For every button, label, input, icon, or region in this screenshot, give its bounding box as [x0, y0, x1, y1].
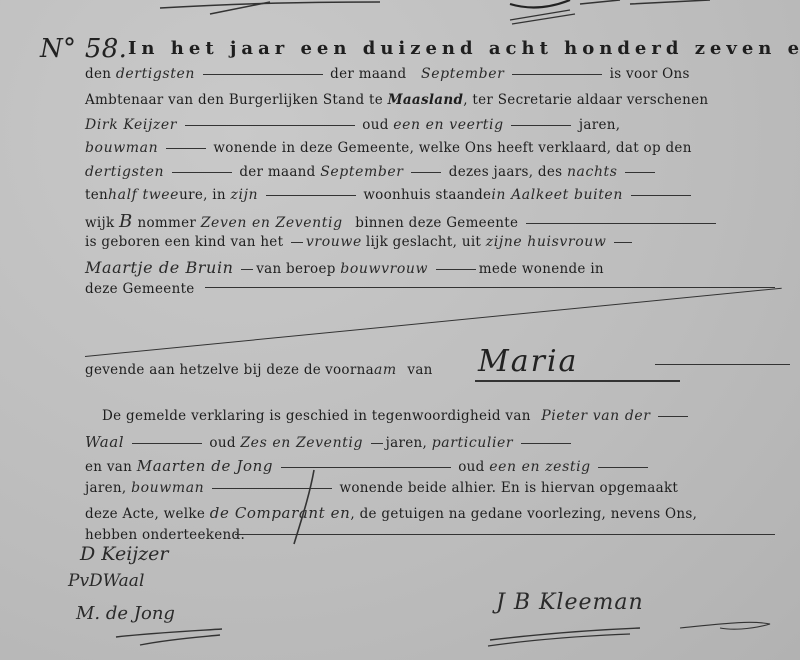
- opening-line: In het jaar een duizend acht honderd zev…: [128, 38, 800, 59]
- text-wonende-beide: wonende beide alhier. En is hiervan opge…: [339, 480, 678, 496]
- text-nommer: nommer: [137, 215, 196, 231]
- name-underline: [475, 380, 680, 382]
- hw-witness2-name: Maarten de Jong: [137, 457, 273, 475]
- scanned-document-page: N° 58. In het jaar een duizend acht hond…: [0, 0, 800, 660]
- hw-comparant: de Comparant en: [210, 504, 351, 522]
- hw-mother-name: Maartje de Bruin: [85, 258, 234, 277]
- text-onderteekend: hebben onderteekend.: [85, 527, 245, 543]
- text-ten: ten: [85, 187, 108, 203]
- text-den: den: [85, 66, 111, 82]
- text-ure-in: ure, in: [179, 187, 226, 203]
- signature-declarant: D Keijzer: [80, 543, 169, 565]
- text-geboren: is geboren een kind van het: [85, 234, 283, 250]
- fill-line-diagonal: [85, 288, 782, 357]
- hw-birth-day: dertigsten: [85, 164, 164, 180]
- hw-witness1-name-a: Pieter van der: [541, 408, 650, 424]
- hw-witness1-occupation: particulier: [432, 435, 514, 451]
- text-binnen-gemeente: binnen deze Gemeente: [355, 215, 518, 231]
- hw-house-location: in Aalkeet buiten: [491, 187, 623, 203]
- text-en-van: en van: [85, 459, 132, 475]
- text-verklaring: De gemelde verklaring is geschied in teg…: [102, 408, 531, 424]
- hw-witness1-name-b: Waal: [85, 433, 124, 451]
- signature-flourish: [110, 625, 230, 655]
- text-der-maand-2: der maand: [239, 164, 315, 180]
- official-signature-flourish: [480, 600, 780, 650]
- text-jaren: jaren,: [579, 117, 620, 133]
- hw-declarant-name: Dirk Keijzer: [85, 117, 177, 133]
- text-der-maand: der maand: [330, 66, 406, 82]
- text-wijk: wijk: [85, 215, 114, 231]
- text-mede-wonende: mede wonende in: [479, 261, 604, 277]
- text-deze-gemeente: deze Gemeente: [85, 281, 195, 297]
- signature-witness2: M. de Jong: [76, 603, 175, 624]
- text-van-beroep: van beroep: [256, 261, 336, 277]
- hw-house-number: Zeven en Zeventig: [201, 215, 343, 231]
- text-getuigen: , de getuigen na gedane voorlezing, neve…: [350, 506, 697, 522]
- text-van: van: [407, 362, 432, 378]
- hw-mother-occupation: bouwvrouw: [340, 261, 428, 277]
- text-woonhuis: woonhuis staande: [363, 187, 491, 203]
- place-maasland: Maasland: [388, 92, 464, 108]
- text-jaren-w2: jaren,: [85, 480, 126, 496]
- signature-witness1: PvDWaal: [68, 571, 144, 591]
- text-ambtenaar: Ambtenaar van den Burgerlijken Stand te: [85, 92, 383, 108]
- hw-month: September: [421, 66, 504, 82]
- hw-birth-month: September: [320, 164, 403, 180]
- hw-child-given-name: Maria: [478, 344, 578, 379]
- text-deze-acte: deze Acte, welke: [85, 506, 205, 522]
- hw-witness2-age: een en zestig: [489, 459, 591, 475]
- hw-child-sex: vrouwe: [306, 234, 362, 250]
- text-dezes-jaars: dezes jaars, des: [449, 164, 563, 180]
- text-voorna: voorna: [325, 362, 374, 378]
- text-voor-ons: is voor Ons: [610, 66, 690, 82]
- hw-witness1-age: Zes en Zeventig: [240, 435, 363, 451]
- text-lijk-geslacht: lijk geslacht, uit: [366, 234, 481, 250]
- text-oud-w1: oud: [209, 435, 235, 451]
- act-number: N° 58.: [40, 34, 127, 64]
- name-fill-line: [655, 364, 790, 365]
- hw-time-of-day: nachts: [567, 164, 618, 180]
- hw-hour: half twee: [108, 187, 179, 203]
- fill-line-1: [205, 287, 775, 288]
- hw-declarant-age: een en veertig: [393, 117, 503, 133]
- text-oud-w2: oud: [458, 459, 484, 475]
- text-gevende: gevende aan hetzelve bij deze de: [85, 362, 321, 378]
- text-jaren-w1: jaren,: [386, 435, 427, 451]
- top-handwriting-scribble: [150, 0, 800, 30]
- hw-witness2-occupation: bouwman: [131, 480, 204, 496]
- text-secretarie: , ter Secretarie aldaar verschenen: [463, 92, 708, 108]
- hw-day: dertigsten: [116, 66, 195, 82]
- text-oud: oud: [362, 117, 388, 133]
- hw-declarant-occupation: bouwman: [85, 140, 158, 156]
- cross-stroke: [290, 468, 320, 548]
- hw-wijk: B: [119, 211, 133, 232]
- text-wonende: wonende in deze Gemeente, welke Ons heef…: [213, 140, 691, 156]
- hw-am: am: [374, 362, 397, 378]
- hw-pronoun: zijn: [231, 187, 259, 203]
- hw-relation: zijne huisvrouw: [486, 234, 607, 250]
